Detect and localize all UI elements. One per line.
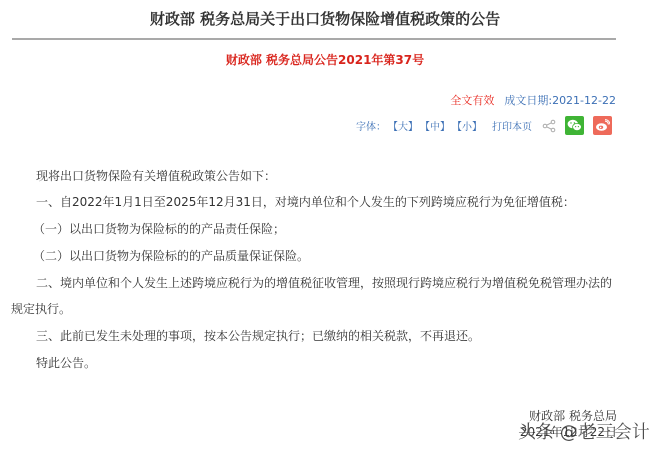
paragraph-item-2: （二）以出口货物为保险标的的产品质量保证保险。 xyxy=(33,247,309,264)
font-medium-button[interactable]: 【中】 xyxy=(420,118,450,133)
share-icon[interactable] xyxy=(542,119,556,133)
paragraph-article-2-cont: 规定执行。 xyxy=(11,300,71,317)
font-size-label: 字体： xyxy=(356,118,386,133)
document-date: 成文日期:2021-12-22 xyxy=(504,92,616,108)
document-number: 财政部 税务总局公告2021年第37号 xyxy=(0,51,650,68)
paragraph-article-2: 二、境内单位和个人发生上述跨境应税行为的增值税征收管理，按照现行跨境应税行为增值… xyxy=(36,274,612,291)
paragraph-item-1: （一）以出口货物为保险标的的产品责任保险； xyxy=(33,220,285,237)
font-small-button[interactable]: 【小】 xyxy=(452,118,482,133)
weibo-share-button[interactable] xyxy=(593,116,612,135)
print-button[interactable]: 打印本页 xyxy=(492,118,532,133)
weibo-icon xyxy=(595,119,610,132)
page-title: 财政部 税务总局关于出口货物保险增值税政策的公告 xyxy=(0,8,650,29)
paragraph-intro: 现将出口货物保险有关增值税政策公告如下： xyxy=(36,167,276,184)
paragraph-article-3: 三、此前已发生未处理的事项，按本公告规定执行；已缴纳的相关税款，不再退还。 xyxy=(36,327,480,344)
wechat-share-button[interactable] xyxy=(565,116,584,135)
document-meta: 全文有效 成文日期:2021-12-22 xyxy=(450,92,616,108)
toolbar: 字体： 【大】 【中】 【小】 打印本页 xyxy=(356,116,612,135)
wechat-icon xyxy=(567,119,582,132)
font-large-button[interactable]: 【大】 xyxy=(388,118,418,133)
divider xyxy=(12,38,616,40)
paragraph-article-1: 一、自2022年1月1日至2025年12月31日，对境内单位和个人发生的下列跨境… xyxy=(36,193,575,210)
validity-status: 全文有效 xyxy=(450,92,494,108)
paragraph-closing: 特此公告。 xyxy=(36,354,96,371)
watermark: 头条 @老三会计 xyxy=(518,418,650,444)
